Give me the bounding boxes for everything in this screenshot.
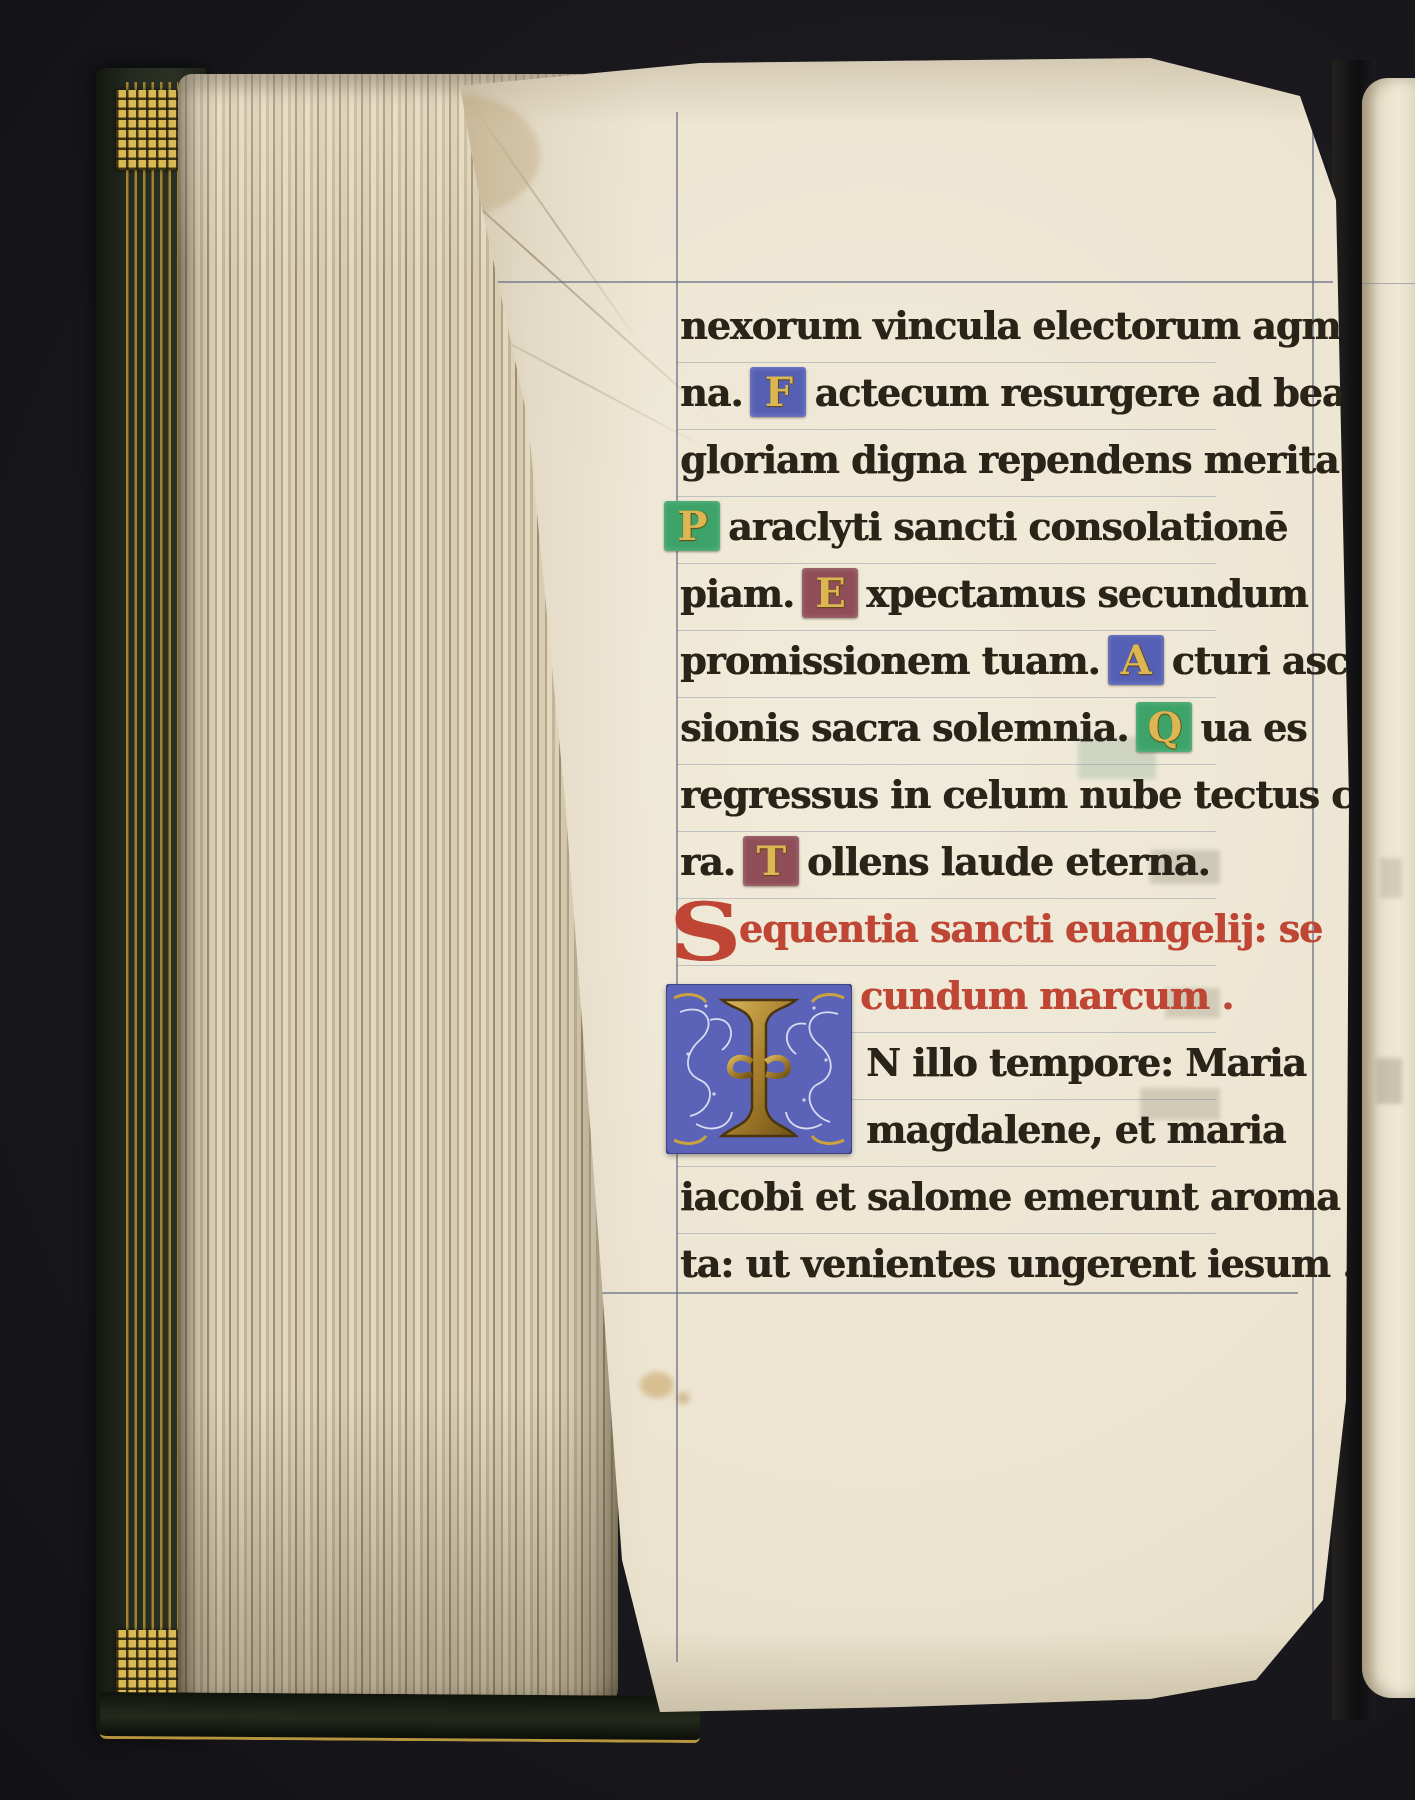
line-text: N illo tempore: Maria bbox=[866, 1040, 1306, 1085]
line-text: ua es bbox=[1200, 705, 1306, 750]
stain bbox=[676, 1392, 690, 1404]
photo-scene: nexorum vincula electorum agmi na. F act… bbox=[0, 0, 1415, 1800]
line-text: gloriam digna rependens merita. bbox=[680, 437, 1351, 482]
line-text: cundum marcum . bbox=[860, 973, 1233, 1018]
facing-page-ink-trace bbox=[1380, 858, 1402, 898]
illuminated-initial-art bbox=[666, 984, 852, 1154]
manuscript-line: N illo tempore: Maria bbox=[866, 1029, 1306, 1095]
line-text: ra. bbox=[680, 839, 735, 884]
line-text: cturi ascē bbox=[1172, 638, 1371, 683]
manuscript-line: nexorum vincula electorum agmi bbox=[680, 292, 1354, 358]
line-text: promissionem tuam. bbox=[680, 638, 1100, 683]
ruling-top bbox=[383, 281, 1333, 283]
rubric-line: cundum marcum . bbox=[860, 962, 1233, 1028]
manuscript-line: gloriam digna rependens merita. bbox=[680, 426, 1351, 492]
inline-initial-gold-on-green: Q bbox=[1136, 702, 1192, 752]
inline-initial-gold-on-maroon: T bbox=[743, 836, 799, 886]
line-text: piam. bbox=[680, 571, 794, 616]
manuscript-line: iacobi et salome emerunt aroma bbox=[680, 1163, 1340, 1229]
inline-initial-gold-on-blue: F bbox=[750, 367, 806, 417]
line-text: actecum resurgere ad beatā bbox=[814, 370, 1385, 415]
stain bbox=[640, 1372, 674, 1398]
manuscript-line: P araclyti sancti consolationē bbox=[664, 493, 1287, 559]
facing-page-ruling bbox=[1362, 283, 1415, 284]
facing-page-ink-trace bbox=[1376, 1058, 1402, 1104]
inline-initial-gold-on-green: P bbox=[664, 501, 720, 551]
manuscript-line: sionis sacra solemnia. Q ua es bbox=[680, 694, 1306, 760]
facing-page-sliver bbox=[1362, 78, 1415, 1698]
gold-fillet-stripes bbox=[120, 82, 178, 1722]
inline-initial-gold-on-maroon: E bbox=[802, 568, 858, 618]
line-text: na. bbox=[680, 370, 742, 415]
manuscript-line: piam. E xpectamus secundum bbox=[680, 560, 1308, 626]
line-text: regressus in celum nube tectus cla bbox=[680, 772, 1390, 817]
manuscript-line: na. F actecum resurgere ad beatā bbox=[680, 359, 1386, 425]
line-text: xpectamus secundum bbox=[866, 571, 1308, 616]
top-edge-shading bbox=[430, 55, 1350, 125]
manuscript-line: ra. T ollens laude eterna. bbox=[680, 828, 1210, 894]
line-text: iacobi et salome emerunt aroma bbox=[680, 1174, 1340, 1219]
manuscript-line: regressus in celum nube tectus cla bbox=[680, 761, 1390, 827]
line-text: sionis sacra solemnia. bbox=[680, 705, 1128, 750]
line-text: magdalene, et maria bbox=[866, 1107, 1285, 1152]
line-text: equentia sancti euangelij: se bbox=[739, 906, 1322, 951]
inline-initial-gold-on-blue: A bbox=[1108, 635, 1164, 685]
manuscript-line: ta: ut venientes ungerent iesum . bbox=[680, 1230, 1354, 1296]
line-text: ollens laude eterna. bbox=[807, 839, 1210, 884]
line-text: nexorum vincula electorum agmi bbox=[680, 303, 1354, 348]
manuscript-line: promissionem tuam. A cturi ascē bbox=[680, 627, 1371, 693]
manuscript-line: magdalene, et maria bbox=[866, 1096, 1285, 1162]
line-text: ta: ut venientes ungerent iesum . bbox=[680, 1241, 1354, 1286]
line-text: araclyti sancti consolationē bbox=[728, 504, 1287, 549]
bottom-edge-shading bbox=[560, 1630, 1360, 1720]
gold-tooling-stamp-top bbox=[116, 90, 182, 170]
illuminated-initial-I bbox=[666, 984, 852, 1154]
cover-bottom-edge bbox=[100, 1692, 700, 1743]
rubric-line: S equentia sancti euangelij: se bbox=[676, 895, 1322, 961]
